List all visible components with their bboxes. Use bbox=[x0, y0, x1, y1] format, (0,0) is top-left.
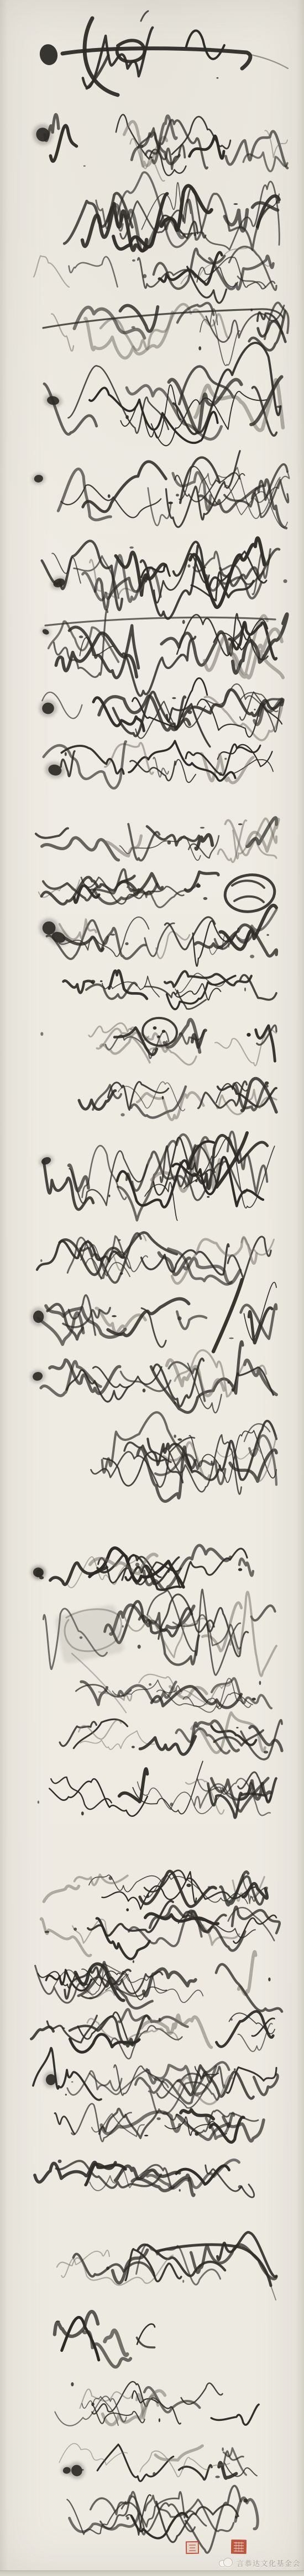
ink-dot bbox=[159, 2018, 161, 2021]
ink-dot bbox=[156, 2117, 160, 2120]
ink-dot bbox=[180, 654, 182, 656]
ink-stroke bbox=[137, 2394, 158, 2419]
ink-dot bbox=[56, 2320, 60, 2322]
ink-stroke bbox=[213, 320, 240, 366]
ink-dot bbox=[109, 1876, 113, 1880]
ink-dot bbox=[182, 2467, 184, 2469]
ink-stroke bbox=[62, 2317, 99, 2360]
ink-dot bbox=[195, 1179, 197, 1182]
ink-dot bbox=[83, 165, 86, 167]
ink-stroke bbox=[93, 698, 144, 731]
ink-stroke bbox=[116, 115, 186, 176]
ink-dot bbox=[169, 502, 173, 505]
ink-dot bbox=[219, 772, 222, 776]
ink-blob bbox=[162, 1030, 165, 1033]
ink-stroke bbox=[226, 131, 288, 168]
ink-dot bbox=[138, 1645, 141, 1649]
ink-dot bbox=[268, 1978, 270, 1981]
ink-stroke bbox=[55, 2312, 98, 2336]
ink-dot bbox=[264, 1751, 268, 1753]
ink-stroke-special bbox=[156, 2245, 271, 2286]
ink-dot bbox=[177, 1316, 182, 1320]
ink-dot bbox=[79, 635, 83, 638]
ink-dot bbox=[150, 156, 152, 158]
ink-dot bbox=[265, 1082, 269, 1085]
ink-stroke bbox=[128, 824, 159, 861]
ink-stroke bbox=[201, 754, 253, 783]
ink-dot bbox=[208, 1886, 211, 1888]
ink-stroke bbox=[251, 1605, 275, 1620]
ink-dot bbox=[186, 1884, 191, 1887]
ink-dot bbox=[188, 564, 191, 568]
ink-stroke bbox=[177, 1312, 206, 1329]
ink-dot bbox=[230, 2018, 233, 2021]
ink-stroke bbox=[185, 1258, 240, 1283]
ink-stroke-special bbox=[248, 54, 288, 68]
ink-stroke bbox=[190, 136, 224, 158]
ink-stroke-special bbox=[62, 49, 250, 68]
ink-dot bbox=[132, 326, 135, 329]
ink-dot bbox=[222, 2447, 224, 2451]
ink-stroke-special bbox=[271, 2286, 276, 2300]
ink-dot bbox=[140, 145, 144, 148]
ink-stroke-special bbox=[141, 11, 148, 21]
ink-dot bbox=[129, 547, 134, 549]
ink-dot bbox=[182, 620, 185, 624]
ink-dot bbox=[247, 1033, 250, 1037]
ink-dot bbox=[179, 2189, 181, 2192]
ink-dot bbox=[127, 2516, 129, 2520]
foundation-watermark-text: 言恭达文化基金会 bbox=[237, 2558, 301, 2568]
ink-dot bbox=[276, 200, 280, 204]
calligraphy-ink-layer bbox=[0, 0, 304, 2576]
ink-dot bbox=[187, 267, 189, 270]
ink-dot bbox=[74, 1928, 77, 1931]
ink-dot bbox=[186, 199, 189, 203]
ink-stroke bbox=[144, 1969, 196, 1996]
ink-stroke bbox=[41, 1918, 91, 1956]
ink-dot bbox=[217, 77, 219, 79]
ink-stroke bbox=[232, 1907, 280, 1933]
ink-stroke bbox=[131, 883, 198, 907]
ink-stroke bbox=[75, 1875, 128, 1885]
ink-dot bbox=[126, 1909, 129, 1912]
ink-dot bbox=[91, 2403, 95, 2406]
ink-stroke bbox=[50, 125, 76, 161]
ink-dot bbox=[172, 697, 176, 699]
ink-dot bbox=[71, 2081, 74, 2082]
ink-stroke bbox=[228, 1237, 271, 1279]
ink-dot bbox=[250, 955, 254, 958]
ink-dot bbox=[120, 1113, 124, 1116]
ink-dot bbox=[125, 415, 129, 419]
ink-dot bbox=[71, 2382, 74, 2386]
ink-stroke bbox=[147, 826, 199, 845]
ink-stroke bbox=[174, 542, 254, 597]
ink-stroke bbox=[118, 1682, 176, 1702]
ink-stroke bbox=[34, 256, 69, 287]
ink-stroke bbox=[166, 451, 240, 527]
ink-dot bbox=[132, 1746, 135, 1748]
ink-dot bbox=[65, 752, 67, 756]
ink-dot bbox=[276, 406, 280, 408]
ink-stroke bbox=[36, 828, 68, 838]
ink-dot bbox=[252, 1698, 256, 1700]
ink-dot bbox=[234, 2068, 236, 2070]
ink-stroke bbox=[161, 624, 244, 665]
ink-dot bbox=[177, 1438, 182, 1440]
ink-stroke bbox=[186, 30, 224, 59]
ink-dot bbox=[238, 1568, 242, 1571]
ink-dot bbox=[106, 2267, 109, 2270]
ink-dot bbox=[202, 566, 206, 569]
ink-stroke bbox=[69, 257, 118, 287]
ink-stroke bbox=[153, 757, 168, 777]
ink-dot bbox=[243, 2499, 248, 2503]
ink-dot bbox=[202, 2075, 206, 2077]
ink-stroke bbox=[109, 971, 146, 999]
ink-dot bbox=[244, 988, 246, 992]
ink-dot bbox=[234, 203, 238, 205]
ink-dot bbox=[133, 1960, 134, 1963]
ink-dot bbox=[236, 1727, 238, 1729]
ink-dot bbox=[238, 2185, 243, 2188]
ink-dot bbox=[112, 1315, 117, 1317]
ink-dot bbox=[176, 494, 179, 496]
ink-stroke bbox=[75, 308, 145, 338]
ink-dot bbox=[111, 934, 115, 935]
ink-dot bbox=[45, 1931, 50, 1933]
ink-dot bbox=[259, 1681, 261, 1685]
ink-stroke bbox=[85, 312, 172, 358]
ink-stroke bbox=[165, 917, 215, 950]
ink-stroke bbox=[51, 314, 74, 351]
ink-dot bbox=[207, 1196, 209, 1198]
ink-dot bbox=[211, 1461, 212, 1465]
ink-dot bbox=[144, 2135, 148, 2137]
ink-stroke bbox=[44, 1886, 78, 1901]
ink-dot bbox=[143, 1388, 146, 1392]
ink-stroke bbox=[218, 745, 272, 767]
ink-dot bbox=[229, 1338, 234, 1339]
ink-dot bbox=[254, 709, 255, 711]
ink-stroke bbox=[55, 2113, 75, 2134]
ink-stroke bbox=[50, 1360, 120, 1393]
ink-dot bbox=[91, 980, 95, 984]
scroll-bottom-edge bbox=[0, 2570, 304, 2576]
ink-blob bbox=[38, 43, 59, 67]
ink-dot bbox=[187, 710, 192, 714]
ink-stroke bbox=[119, 1769, 148, 1802]
ink-dot bbox=[135, 1563, 139, 1567]
ink-stroke bbox=[145, 923, 174, 956]
ink-stroke bbox=[105, 743, 153, 774]
ink-dot bbox=[215, 2476, 220, 2478]
ink-stroke bbox=[93, 1085, 121, 1110]
ink-stroke bbox=[105, 2330, 128, 2355]
ink-stroke-special bbox=[213, 1280, 242, 1351]
ink-dot bbox=[193, 233, 196, 236]
ink-dot bbox=[182, 2280, 184, 2283]
ink-dot bbox=[120, 1272, 123, 1275]
ink-stroke bbox=[193, 310, 229, 338]
ink-stroke bbox=[211, 2404, 259, 2425]
foundation-logo-icon bbox=[219, 2557, 233, 2569]
ink-dot bbox=[149, 1683, 151, 1686]
ink-dot bbox=[162, 1096, 164, 1100]
ink-stroke bbox=[54, 610, 108, 677]
ink-dot bbox=[81, 1811, 84, 1815]
ink-stroke-special bbox=[232, 881, 264, 888]
ink-stroke bbox=[44, 384, 97, 434]
ink-dot bbox=[284, 579, 287, 583]
ink-dot bbox=[125, 942, 128, 945]
ink-stroke bbox=[71, 2103, 131, 2142]
ink-dot bbox=[170, 1803, 173, 1806]
ink-stroke bbox=[239, 1559, 253, 1576]
ink-dot bbox=[127, 887, 128, 888]
ink-dot bbox=[196, 884, 201, 888]
ink-dot bbox=[65, 2094, 67, 2096]
ink-dot bbox=[200, 827, 205, 829]
ink-dot bbox=[174, 1401, 176, 1404]
ink-dot bbox=[235, 2516, 238, 2519]
ink-stroke bbox=[155, 2446, 202, 2460]
ink-blob bbox=[157, 1036, 160, 1038]
ink-stroke bbox=[78, 1720, 121, 1740]
ink-dot bbox=[153, 2472, 156, 2476]
ink-stroke bbox=[243, 152, 287, 171]
ink-dot bbox=[88, 1997, 93, 1999]
ink-dot bbox=[40, 1032, 43, 1036]
ink-stroke-special bbox=[117, 40, 145, 61]
ink-dot bbox=[203, 897, 208, 900]
artist-relief-seal bbox=[186, 2541, 199, 2554]
ink-dot bbox=[132, 259, 135, 262]
ink-dot bbox=[174, 1435, 176, 1438]
ink-dot bbox=[38, 1801, 39, 1804]
ink-dot bbox=[159, 2418, 160, 2422]
ink-stroke bbox=[42, 541, 122, 610]
foundation-watermark: 言恭达文化基金会 bbox=[219, 2556, 301, 2569]
ink-dot bbox=[198, 346, 201, 350]
artist-intaglio-seal bbox=[231, 2540, 247, 2554]
ink-dot bbox=[238, 823, 243, 825]
ink-stroke bbox=[156, 2501, 238, 2542]
intaglio-seal-graphic bbox=[231, 2540, 247, 2554]
ink-dot bbox=[167, 840, 171, 845]
ink-dot bbox=[227, 1381, 229, 1384]
ink-dot bbox=[40, 1259, 43, 1262]
ink-dot bbox=[62, 2027, 65, 2029]
ink-dot bbox=[118, 1239, 120, 1241]
ink-stroke bbox=[240, 975, 276, 1000]
ink-dot bbox=[224, 758, 227, 760]
ink-dot bbox=[100, 980, 103, 982]
ink-stroke bbox=[68, 366, 168, 433]
ink-stroke bbox=[191, 1721, 238, 1751]
ink-stroke bbox=[120, 305, 158, 331]
ink-blob bbox=[153, 1026, 157, 1030]
ink-stroke bbox=[74, 1719, 127, 1748]
ink-stroke bbox=[175, 973, 226, 993]
ink-stroke bbox=[150, 1906, 245, 1950]
ink-dot bbox=[108, 1195, 110, 1197]
ink-dot bbox=[143, 274, 146, 278]
relief-seal-graphic bbox=[186, 2541, 199, 2554]
ink-stroke bbox=[192, 1713, 265, 1753]
ink-stroke bbox=[217, 2232, 276, 2277]
ink-stroke bbox=[235, 2498, 258, 2529]
ink-dot bbox=[266, 934, 269, 936]
ink-dot bbox=[195, 2132, 198, 2136]
ink-stroke-special bbox=[234, 897, 264, 902]
ink-dot bbox=[108, 494, 111, 498]
calligraphy-scroll: 言恭达文化基金会 bbox=[0, 0, 304, 2576]
ink-stroke bbox=[141, 546, 198, 619]
ink-dot bbox=[58, 2160, 62, 2163]
ink-stroke bbox=[35, 2162, 116, 2182]
ink-dot bbox=[147, 1894, 149, 1898]
